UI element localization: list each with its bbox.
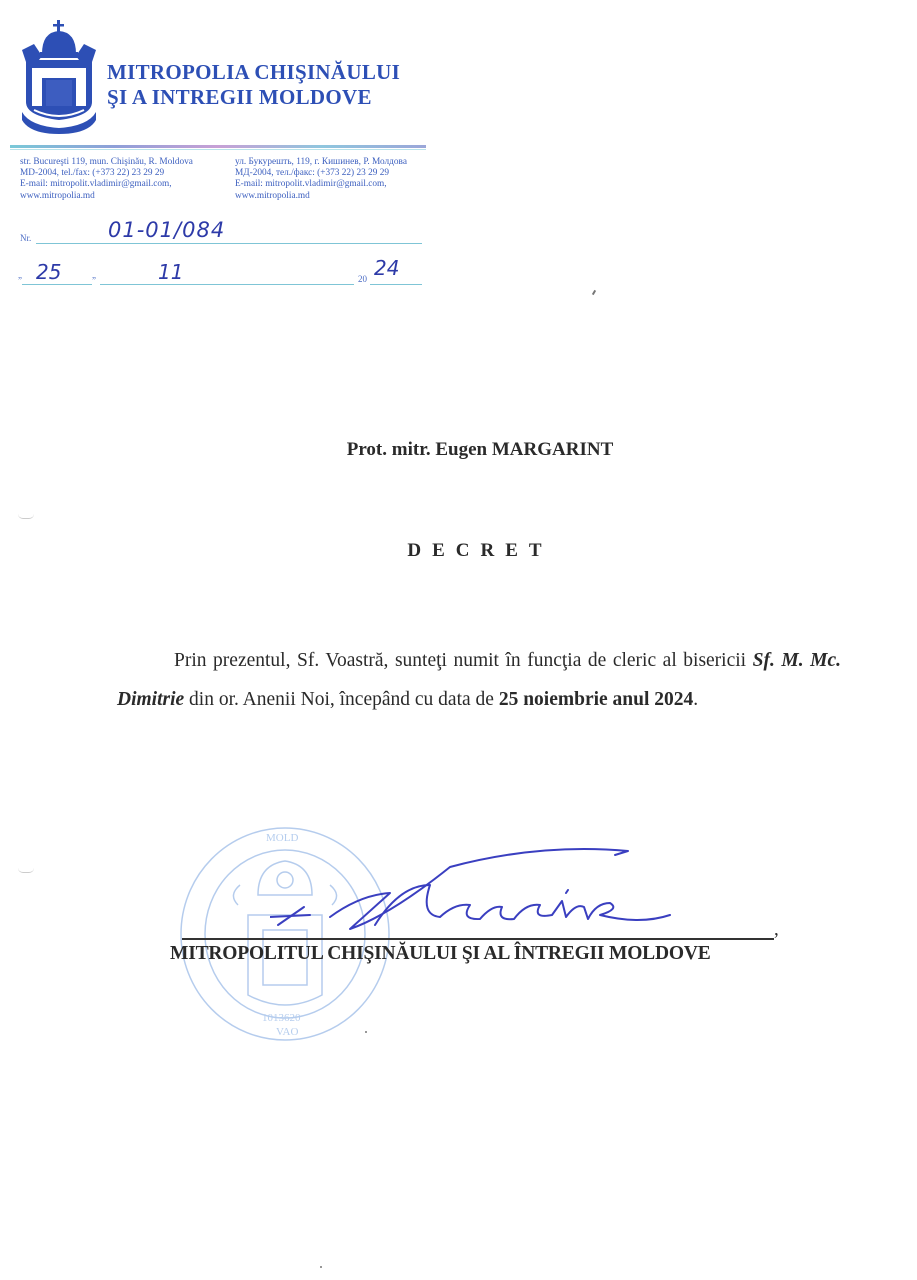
paragraph-text: . <box>693 689 698 710</box>
scan-speck <box>18 514 34 519</box>
document-title: DECRET <box>0 540 917 562</box>
email-link[interactable]: E-mail: mitropolit.vladimir@gmail.com, <box>235 179 407 190</box>
registration-number-label: Nr. <box>20 233 31 243</box>
decree-paragraph: Prin prezentul, Sf. Voastră, sunteţi num… <box>117 641 841 719</box>
svg-text:MOLD: MOLD <box>266 832 298 844</box>
address-romanian: str. Bucureşti 119, mun. Chişinău, R. Mo… <box>20 157 193 202</box>
recipient-name: Prot. mitr. Eugen MARGARINT <box>0 439 917 461</box>
registration-number-line <box>36 243 422 244</box>
letterhead-divider-thin <box>10 149 426 150</box>
date-year-handwritten: 24 <box>374 256 399 280</box>
scan-speck <box>320 1266 322 1268</box>
organization-name: MITROPOLIA CHIŞINĂULUI ŞI A INTREGII MOL… <box>107 60 400 110</box>
date-year-prefix: 20 <box>358 274 367 284</box>
signature-comma: , <box>774 919 779 941</box>
date-open-quote: „ <box>18 270 22 280</box>
organization-name-line1: MITROPOLIA CHIŞINĂULUI <box>107 60 400 85</box>
handwritten-signature-icon <box>270 845 690 945</box>
website-link[interactable]: www.mitropolia.md <box>235 191 407 202</box>
website-link[interactable]: www.mitropolia.md <box>20 191 193 202</box>
scan-speck <box>365 1031 367 1033</box>
signature-line <box>182 938 774 940</box>
date-year-line <box>370 284 422 285</box>
date-day-line <box>22 284 92 285</box>
scan-speck <box>18 868 34 873</box>
date-month-line <box>100 284 354 285</box>
paragraph-text: Prin prezentul, Sf. Voastră, sunteţi num… <box>174 650 753 671</box>
scan-speck <box>592 290 596 295</box>
address-line: ул. Букурешть, 119, г. Кишинев, Р. Молдо… <box>235 157 407 168</box>
organization-name-line2: ŞI A INTREGII MOLDOVE <box>107 85 400 110</box>
registration-number-handwritten: 01-01/084 <box>108 218 225 242</box>
address-russian: ул. Букурешть, 119, г. Кишинев, Р. Молдо… <box>235 157 407 202</box>
address-line: str. Bucureşti 119, mun. Chişinău, R. Mo… <box>20 157 193 168</box>
effective-date: 25 noiembrie anul 2024 <box>499 689 693 710</box>
church-crest-icon <box>20 20 98 134</box>
date-month-handwritten: 11 <box>158 260 183 284</box>
paragraph-text: din or. Anenii Noi, începând cu data de <box>184 689 499 710</box>
date-day-handwritten: 25 <box>36 260 61 284</box>
address-line: MD-2004, tel./fax: (+373 22) 23 29 29 <box>20 168 193 179</box>
letterhead-divider <box>10 145 426 148</box>
address-line: МД-2004, тел./факс: (+373 22) 23 29 29 <box>235 168 407 179</box>
svg-text:VAO: VAO <box>276 1026 298 1038</box>
date-close-quote: „ <box>92 270 96 280</box>
email-link[interactable]: E-mail: mitropolit.vladimir@gmail.com, <box>20 179 193 190</box>
signatory-title: MITROPOLITUL CHIŞINĂULUI ŞI AL ÎNTREGII … <box>170 943 711 965</box>
svg-text:1013620: 1013620 <box>262 1012 301 1024</box>
